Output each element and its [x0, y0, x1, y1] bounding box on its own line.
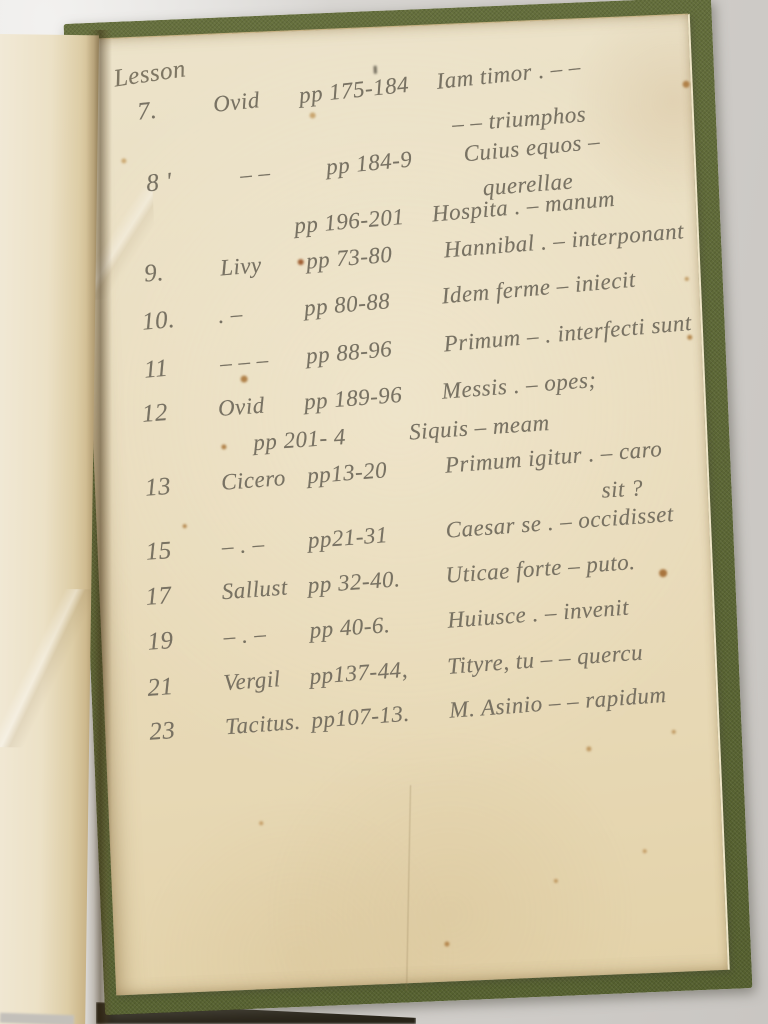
foxing-spot: [183, 524, 187, 528]
page-range: pp 32-40.: [307, 564, 440, 597]
stray-pencil-tick: [374, 66, 377, 74]
lesson-number: 9.: [143, 256, 215, 287]
foxing-spot: [643, 849, 647, 853]
ditto-mark: – . –: [223, 619, 304, 648]
foxing-spot: [310, 112, 316, 118]
author-name: Ovid: [212, 85, 294, 116]
foxing-spot: [659, 569, 667, 577]
foxing-spot: [685, 277, 689, 281]
lesson-number: 19: [147, 625, 219, 655]
foxing-spot: [586, 746, 591, 751]
lesson-heading: Lesson: [112, 56, 187, 91]
page-range: pp 184-9: [325, 143, 459, 178]
lesson-number: 17: [145, 580, 217, 610]
passage-words: Primum – . interfecti sunt: [443, 310, 693, 357]
author-name: Tacitus.: [225, 709, 306, 738]
page-crease: [406, 785, 411, 991]
page-range: pp 80-88: [303, 285, 437, 319]
page-range: pp 88-96: [305, 333, 439, 367]
photo-of-book-flyleaf: { "photo": { "description": "Photograph …: [0, 0, 768, 1024]
foxing-spot: [672, 730, 676, 734]
foxing-spot: [259, 821, 263, 825]
page-range: pp 175-184: [298, 71, 432, 107]
ditto-mark: – – –: [219, 345, 301, 375]
passage-words: Messis . – opes;: [441, 367, 597, 404]
author-name: Ovid: [217, 391, 299, 420]
foxing-spot: [444, 941, 449, 946]
facing-page-edge: [0, 34, 99, 1024]
passage-words: Primum igitur . – caro: [444, 436, 663, 478]
lesson-number: 15: [145, 535, 217, 565]
foxing-spot: [554, 879, 558, 883]
foxing-spot: [221, 444, 226, 449]
continuation-line: – – triumphos: [451, 102, 587, 135]
lesson-number: 10.: [141, 304, 213, 335]
author-name: Sallust: [221, 574, 302, 603]
flyleaf-page: Lesson 7. Ovid pp 175-184 Iam timor . – …: [76, 14, 730, 996]
passage-words: Cuius equos –: [463, 129, 602, 167]
passage-words: Iam timor . – –: [435, 54, 582, 94]
page-range: pp 73-80: [305, 239, 438, 273]
continuation-line: sit ?: [601, 476, 644, 501]
author-name: Cicero: [220, 465, 302, 494]
passage-words: Uticae forte – puto.: [445, 549, 636, 588]
page-range: pp137-44,: [309, 655, 442, 688]
foxing-spot: [240, 375, 247, 382]
lesson-number: 7.: [136, 93, 208, 125]
lesson-number: 11: [143, 352, 215, 383]
author-name: Livy: [219, 250, 301, 279]
book-gutter: [86, 30, 112, 1024]
foxing-spot: [687, 335, 692, 340]
lesson-number: 12: [141, 397, 213, 427]
page-range: pp 196-201: [293, 203, 426, 237]
page-range: pp107-13.: [311, 699, 444, 732]
passage-words: Tityre, tu – – quercu: [447, 640, 644, 679]
passage-words: sit ?: [601, 475, 644, 502]
passage-words: Huiusce . – invenit: [447, 594, 630, 632]
foxing-spot: [121, 158, 126, 163]
passage-words: Siquis – meam: [408, 410, 550, 445]
page-range: pp21-31: [307, 519, 440, 552]
lesson-number: 8 ': [145, 165, 217, 196]
page-range: pp 40-6.: [309, 609, 442, 642]
passage-words: Idem ferme – iniecit: [441, 267, 637, 309]
passage-words: Caesar se . – occidisset: [445, 501, 675, 543]
lesson-number: 23: [148, 715, 220, 745]
lesson-number: 13: [144, 470, 216, 500]
ditto-mark: – . –: [221, 529, 302, 558]
ditto-mark: – –: [221, 156, 321, 188]
page-range: pp13-20: [306, 454, 439, 487]
table-sliver: [0, 1013, 74, 1024]
page-range: pp 201- 4: [252, 421, 403, 454]
ditto-mark: . –: [217, 297, 299, 327]
passage-words: Hannibal . – interponant: [443, 218, 685, 262]
lesson-number: 21: [147, 671, 219, 701]
author-name: Vergil: [223, 665, 304, 694]
page-range: pp 189-96: [303, 380, 436, 413]
passage-words: M. Asinio – – rapidum: [448, 682, 667, 723]
foxing-spot: [683, 81, 690, 88]
